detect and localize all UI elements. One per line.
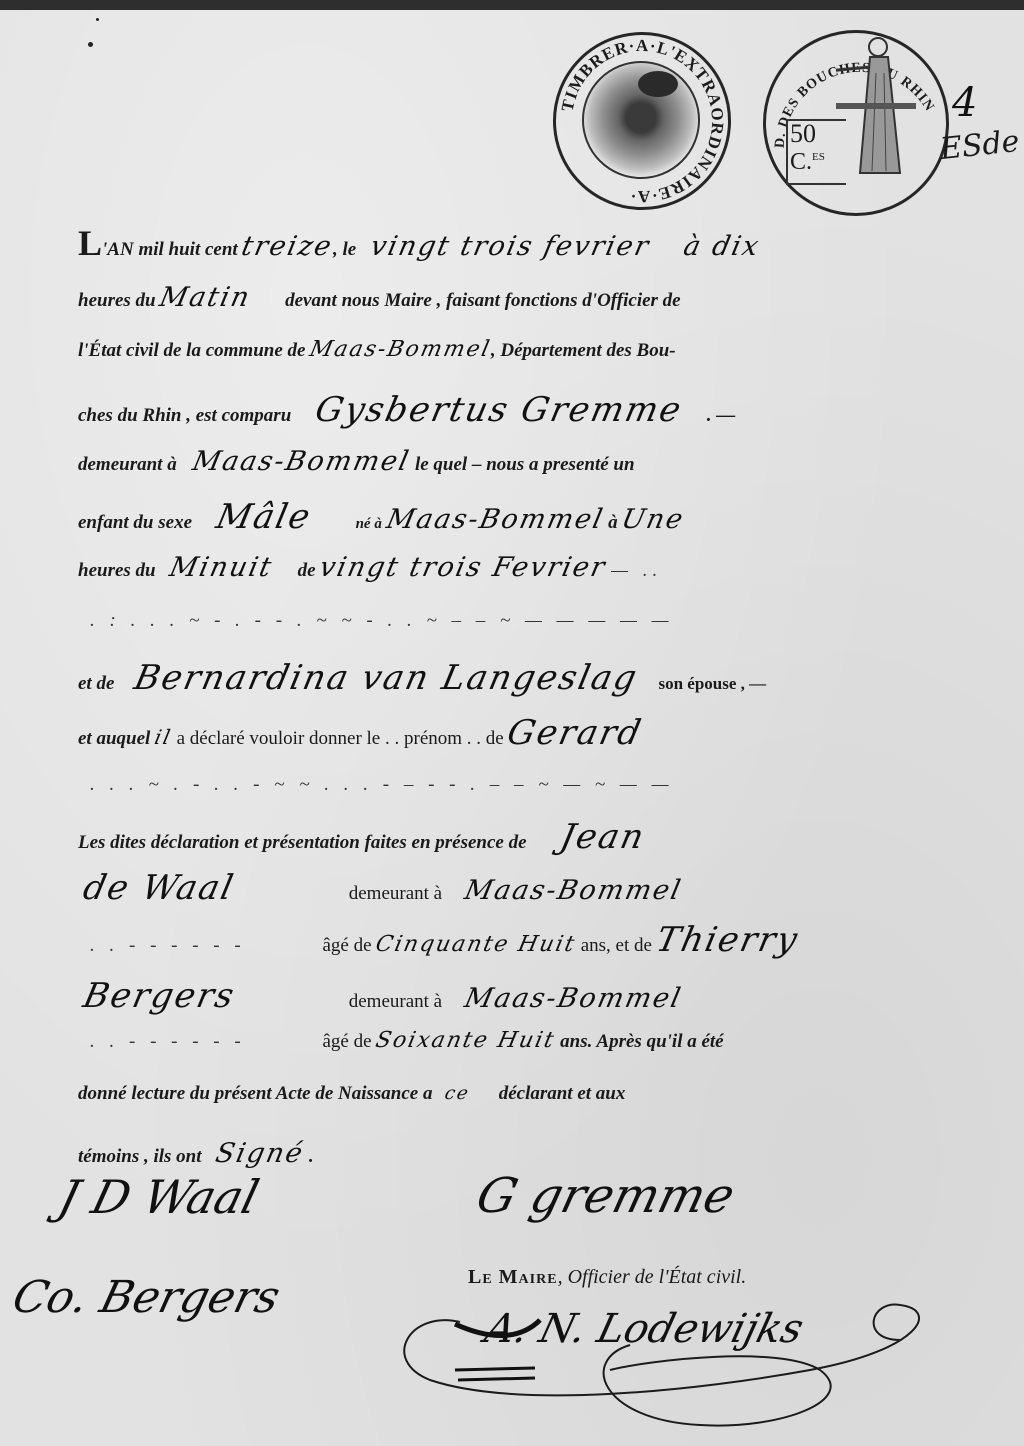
text-line-15: donné lecture du présent Acte de Naissan… <box>78 1083 625 1105</box>
printed-text: devant nous Maire , faisant fonctions d'… <box>285 290 681 311</box>
handwritten-year: treize <box>239 231 336 262</box>
printed-text: Les dites déclaration et présentation fa… <box>78 832 527 853</box>
fifty-centimes-stamp: D. DES BOUCHES DU RHIN 50 C.ES <box>763 30 949 216</box>
handwritten-witness1-first: Jean <box>557 817 649 857</box>
ink-speck <box>96 18 99 21</box>
printed-text: demeurant à <box>349 883 442 904</box>
signature-flourish-icon <box>400 1300 960 1430</box>
text-line-13: Bergers demeurant à Maas-Bommel <box>84 976 682 1016</box>
text-line-16: témoins , ils ont Signé . <box>78 1138 314 1169</box>
mayor-label: Le Maire <box>468 1266 558 1288</box>
handwritten-birthplace: Maas-Bommel <box>383 504 606 535</box>
handwritten-witness2-age: Soixante Huit <box>374 1028 558 1053</box>
stamp-value: 50 <box>790 121 816 147</box>
handwritten-mother-name: Bernardina van Langeslag <box>131 658 642 698</box>
document-page: TIMBRER·A·L'EXTRAORDINAIRE·A· D. DES BOU… <box>0 10 1024 1446</box>
handwritten-time-of-day: Matin <box>157 282 284 313</box>
printed-text: né à <box>356 516 382 532</box>
printed-text: demeurant à <box>349 991 442 1012</box>
filler-dashes: . . . ~ . - . . - ~ ~ . . . - – - - . – … <box>90 774 673 796</box>
text-line-11: de Waal demeurant à Maas-Bommel <box>84 868 682 908</box>
text-line-4: ches du Rhin , est comparu Gysbertus Gre… <box>78 390 735 430</box>
handwritten-witness1-residence: Maas-Bommel <box>462 875 685 906</box>
mayor-label-rest: , Officier de l'État civil. <box>558 1266 747 1288</box>
handwritten-birth-date: vingt trois Fevrier <box>317 552 610 583</box>
handwritten-declarant-name: Gysbertus Gremme <box>312 390 686 430</box>
printed-text: l'État civil de la commune de <box>78 340 305 361</box>
printed-text: demeurant à <box>78 454 177 475</box>
handwritten-witness2-last: Bergers <box>80 976 289 1016</box>
printed-text: a déclaré vouloir donner le . . prénom .… <box>177 728 504 749</box>
printed-text: de <box>298 560 316 581</box>
printed-text: , Département des Bou- <box>491 340 676 361</box>
margin-initials: ESde <box>938 124 1021 167</box>
handwritten-witness2-first: Thierry <box>652 920 802 960</box>
handwritten-witness2-residence: Maas-Bommel <box>462 983 685 1014</box>
printed-text: âgé de <box>322 935 371 956</box>
signature-declarant: G gremme <box>471 1168 740 1224</box>
text-line-7: heures du Minuit de vingt trois Fevrier … <box>78 552 662 583</box>
printed-text: ans, et de <box>581 935 652 956</box>
printed-text: âgé de <box>322 1031 371 1052</box>
handwritten-residence: Maas-Bommel <box>190 446 413 477</box>
timbre-extraordinaire-stamp: TIMBRER·A·L'EXTRAORDINAIRE·A· <box>553 32 731 210</box>
printed-text: le quel – nous a presenté un <box>415 454 635 475</box>
ink-speck <box>88 42 93 47</box>
printed-text: . <box>309 1146 314 1167</box>
printed-text: témoins , ils ont <box>78 1146 202 1167</box>
handwritten-witness1-age: Cinquante Huit <box>374 932 579 957</box>
filler-dashes: . : . . . ~ - . - - . ~ ~ - . . ~ – – ~ … <box>90 610 674 632</box>
printed-text: heures du <box>78 560 156 581</box>
printed-text: ans. Après qu'il a été <box>560 1031 723 1052</box>
printed-text: enfant du sexe <box>78 512 192 533</box>
handwritten-hour: à dix <box>681 231 763 262</box>
printed-text: et de <box>78 673 114 694</box>
printed-text: ches du Rhin , est comparu <box>78 405 291 426</box>
printed-text: son épouse , — <box>658 674 766 693</box>
printed-text: déclarant et aux <box>499 1083 626 1104</box>
printed-text: donné lecture du présent Acte de Naissan… <box>78 1083 432 1104</box>
dropcap: L <box>78 223 102 263</box>
allegorical-figure-icon <box>836 33 916 183</box>
text-line-14: . . - - - - - - âgé de Soixante Huit ans… <box>90 1028 724 1053</box>
printed-text: , le <box>333 239 356 260</box>
handwritten-article: ce <box>443 1083 472 1104</box>
text-line-6: enfant du sexe Mâle né à Maas-Bommel à U… <box>78 497 684 537</box>
text-line-8: et de Bernardina van Langeslag son épous… <box>78 658 766 698</box>
handwritten-child-name: Gerard <box>504 713 646 753</box>
text-line-3: l'État civil de la commune de Maas-Bomme… <box>78 337 676 362</box>
mayor-title: Le Maire, Officier de l'État civil. <box>468 1266 746 1289</box>
handwritten-signed: Signé <box>213 1138 307 1169</box>
eagle-emblem-icon <box>638 71 678 97</box>
printed-text: à <box>608 512 618 533</box>
handwritten-sex: Mâle <box>212 497 315 537</box>
handwritten-time-of-day: Minuit <box>167 552 276 583</box>
handwritten-pronoun: il <box>153 725 175 749</box>
margin-mark: 4 <box>952 80 977 126</box>
handwritten-date: vingt trois fevrier <box>368 231 653 262</box>
stamp-unit: C.ES <box>790 149 825 176</box>
printed-text: heures du <box>78 290 156 311</box>
filler-dashes: . . - - - - - - <box>90 935 246 956</box>
filler-dashes: . . - - - - - - <box>90 1031 246 1052</box>
handwritten-birth-hour: Une <box>619 504 688 535</box>
filler-dashes: — .. <box>611 560 662 581</box>
signature-witness-1: J D Waal <box>53 1170 264 1224</box>
text-line-2: heures du Matin devant nous Maire , fais… <box>78 282 681 313</box>
text-line-1: L'AN mil huit cent treize, le vingt troi… <box>78 222 760 264</box>
handwritten-witness1-last: de Waal <box>80 868 289 908</box>
text-line-12: . . - - - - - - âgé de Cinquante Huit an… <box>90 920 798 960</box>
text-line-10: Les dites déclaration et présentation fa… <box>78 817 645 857</box>
handwritten-commune: Maas-Bommel <box>308 337 494 362</box>
printed-text: et auquel <box>78 728 150 749</box>
text-line-9: et auquel il a déclaré vouloir donner le… <box>78 713 642 753</box>
printed-text: . — <box>707 405 736 426</box>
printed-text: 'AN mil huit cent <box>102 239 238 260</box>
signature-witness-2: Co. Bergers <box>8 1272 285 1323</box>
text-line-5: demeurant à Maas-Bommel le quel – nous a… <box>78 446 635 477</box>
